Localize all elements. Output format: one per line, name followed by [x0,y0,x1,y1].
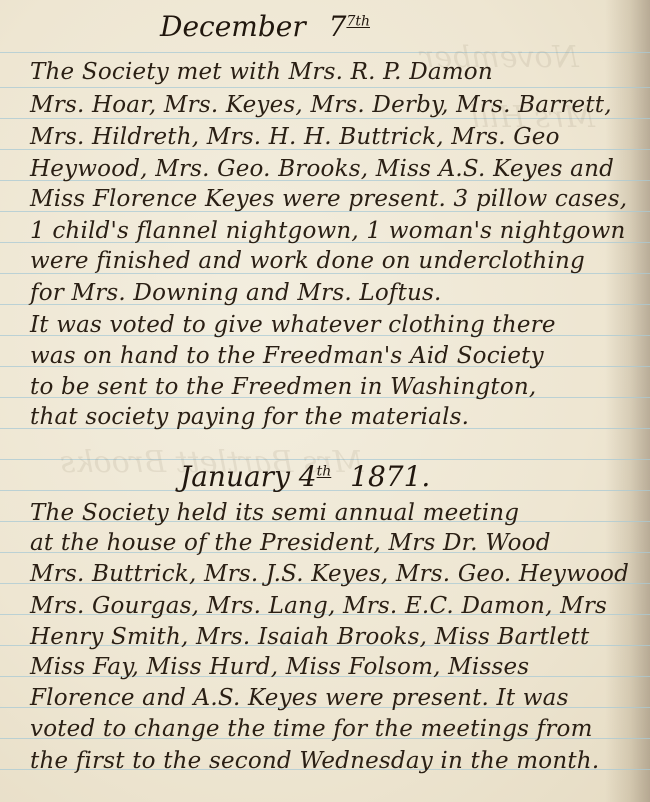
text-line: Mrs. Hoar, Mrs. Keyes, Mrs. Derby, Mrs. … [30,92,620,118]
text-line: The Society met with Mrs. R. P. Damon [30,59,620,85]
date-year: 1871. [350,460,430,493]
text-line: the first to the second Wednesday in the… [30,748,620,774]
text-line: Mrs. Buttrick, Mrs. J.S. Keyes, Mrs. Geo… [30,561,620,587]
text-line: Miss Fay, Miss Hurd, Miss Folsom, Misses [30,654,620,680]
text-line: that society paying for the materials. [30,404,620,430]
text-line: Miss Florence Keyes were present. 3 pill… [30,186,620,212]
text-line: Mrs. Hildreth, Mrs. H. H. Buttrick, Mrs.… [30,124,620,150]
text-line: Heywood, Mrs. Geo. Brooks, Miss A.S. Key… [30,156,620,182]
manuscript-page: November Mrs Hill Mrs Bartlett Brooks De… [0,0,650,802]
text-line: were finished and work done on underclot… [30,248,620,274]
text-line: Mrs. Gourgas, Mrs. Lang, Mrs. E.C. Damon… [30,593,620,619]
text-line: voted to change the time for the meeting… [30,716,620,742]
entry-date-heading: December 77th [160,10,370,43]
text-line: at the house of the President, Mrs Dr. W… [30,530,620,556]
date-month: January 4 [180,460,317,493]
text-line: It was voted to give whatever clothing t… [30,312,620,338]
text-line: Henry Smith, Mrs. Isaiah Brooks, Miss Ba… [30,624,620,650]
text-line: for Mrs. Downing and Mrs. Loftus. [30,280,620,306]
ruled-line [0,87,650,88]
text-line: The Society held its semi annual meeting [30,500,620,526]
text-line: 1 child's flannel nightgown, 1 woman's n… [30,218,620,244]
entry-date-heading: January 4th 1871. [180,460,430,493]
text-line: to be sent to the Freedmen in Washington… [30,374,620,400]
date-suffix: 7th [346,14,370,30]
text-line: Florence and A.S. Keyes were present. It… [30,685,620,711]
date-month: December [160,10,306,43]
date-suffix: th [317,464,332,480]
text-line: was on hand to the Freedman's Aid Societ… [30,343,620,369]
